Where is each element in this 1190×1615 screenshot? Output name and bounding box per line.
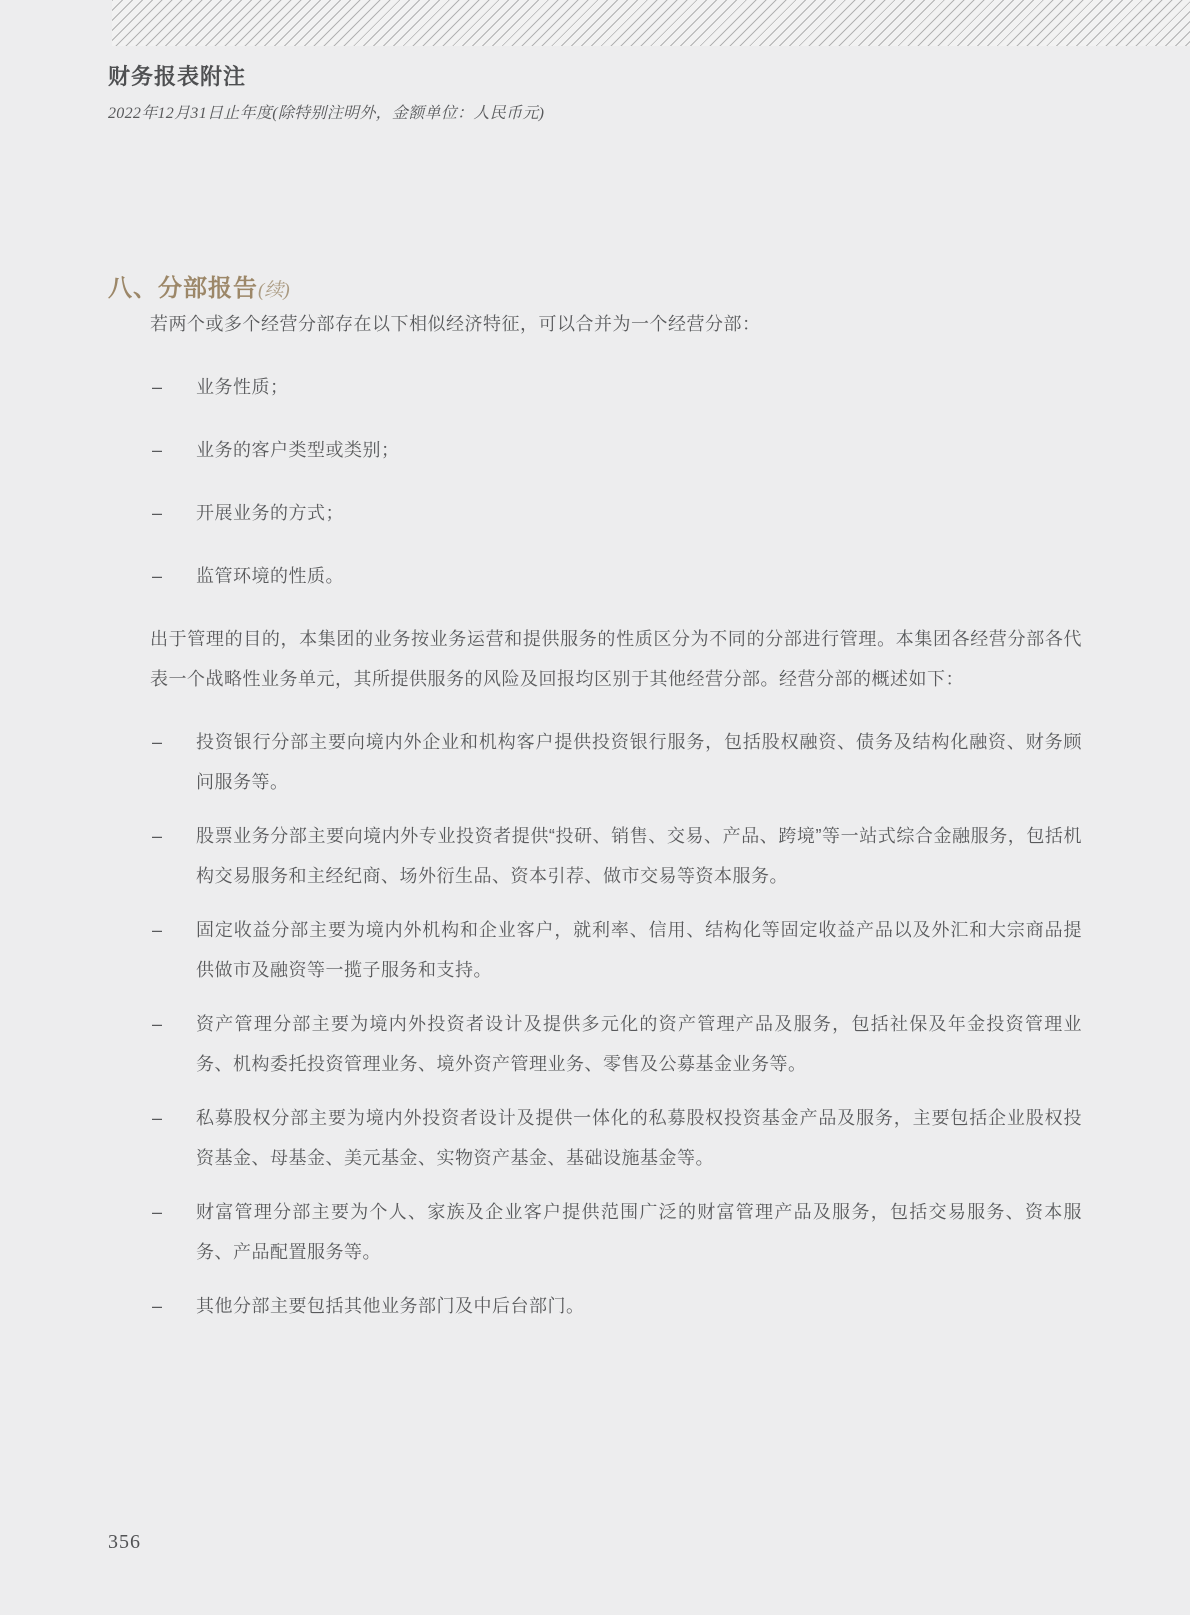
segment-item-text: 私募股权分部主要为境内外投资者设计及提供一体化的私募股权投资基金产品及服务，主要…	[196, 1108, 1082, 1168]
bullet-dash: –	[152, 1192, 162, 1232]
hatch-pattern-banner	[112, 0, 1190, 46]
segment-item-text: 股票业务分部主要向境内外专业投资者提供“投研、销售、交易、产品、跨境”等一站式综…	[196, 826, 1082, 886]
criteria-item-text: 业务性质；	[196, 377, 289, 397]
bullet-dash: –	[152, 1004, 162, 1044]
management-paragraph: 出于管理的目的，本集团的业务按业务运营和提供服务的性质区分为不同的分部进行管理。…	[150, 619, 1082, 699]
segment-item-text: 资产管理分部主要为境内外投资者设计及提供多元化的资产管理产品及服务，包括社保及年…	[196, 1014, 1082, 1074]
segment-item-text: 固定收益分部主要为境内外机构和企业客户，就利率、信用、结构化等固定收益产品以及外…	[196, 920, 1082, 980]
criteria-item: –业务性质；	[150, 367, 1082, 407]
segment-item: –资产管理分部主要为境内外投资者设计及提供多元化的资产管理产品及服务，包括社保及…	[150, 1004, 1082, 1084]
criteria-item: –开展业务的方式；	[150, 493, 1082, 533]
segment-item: –财富管理分部主要为个人、家族及企业客户提供范围广泛的财富管理产品及服务，包括交…	[150, 1192, 1082, 1272]
criteria-item: –监管环境的性质。	[150, 556, 1082, 596]
document-page: 财务报表附注 2022年12月31日止年度(除特别注明外，金额单位：人民币元) …	[0, 0, 1190, 1615]
bullet-dash: –	[152, 367, 162, 407]
page-number: 356	[108, 1531, 141, 1554]
intro-paragraph: 若两个或多个经营分部存在以下相似经济特征，可以合并为一个经营分部：	[150, 304, 1082, 344]
segments-list: –投资银行分部主要向境内外企业和机构客户提供投资银行服务，包括股权融资、债务及结…	[150, 722, 1082, 1326]
section-continued-label: (续)	[258, 280, 290, 301]
bullet-dash: –	[152, 1098, 162, 1138]
segment-item-text: 投资银行分部主要向境内外企业和机构客户提供投资银行服务，包括股权融资、债务及结构…	[196, 732, 1082, 792]
criteria-item-text: 业务的客户类型或类别；	[196, 440, 400, 460]
criteria-item: –业务的客户类型或类别；	[150, 430, 1082, 470]
bullet-dash: –	[152, 430, 162, 470]
segment-item: –股票业务分部主要向境内外专业投资者提供“投研、销售、交易、产品、跨境”等一站式…	[150, 816, 1082, 896]
bullet-dash: –	[152, 722, 162, 762]
segment-item-text: 财富管理分部主要为个人、家族及企业客户提供范围广泛的财富管理产品及服务，包括交易…	[196, 1202, 1082, 1262]
section-heading-label: 八、分部报告	[108, 275, 258, 302]
bullet-dash: –	[152, 816, 162, 856]
criteria-item-text: 监管环境的性质。	[196, 566, 344, 586]
segment-item: –投资银行分部主要向境内外企业和机构客户提供投资银行服务，包括股权融资、债务及结…	[150, 722, 1082, 802]
bullet-dash: –	[152, 556, 162, 596]
section-content: 若两个或多个经营分部存在以下相似经济特征，可以合并为一个经营分部： –业务性质；…	[150, 304, 1082, 1340]
segment-item: –私募股权分部主要为境内外投资者设计及提供一体化的私募股权投资基金产品及服务，主…	[150, 1098, 1082, 1178]
bullet-dash: –	[152, 493, 162, 533]
criteria-item-text: 开展业务的方式；	[196, 503, 344, 523]
section-heading: 八、分部报告(续)	[108, 268, 290, 303]
bullet-dash: –	[152, 1286, 162, 1326]
segment-item: –固定收益分部主要为境内外机构和企业客户，就利率、信用、结构化等固定收益产品以及…	[150, 910, 1082, 990]
document-title: 财务报表附注	[108, 60, 246, 91]
segment-item: –其他分部主要包括其他业务部门及中后台部门。	[150, 1286, 1082, 1326]
document-subtitle: 2022年12月31日止年度(除特别注明外，金额单位：人民币元)	[108, 100, 544, 123]
segment-item-text: 其他分部主要包括其他业务部门及中后台部门。	[196, 1296, 585, 1316]
criteria-list: –业务性质； –业务的客户类型或类别； –开展业务的方式； –监管环境的性质。	[150, 367, 1082, 596]
bullet-dash: –	[152, 910, 162, 950]
